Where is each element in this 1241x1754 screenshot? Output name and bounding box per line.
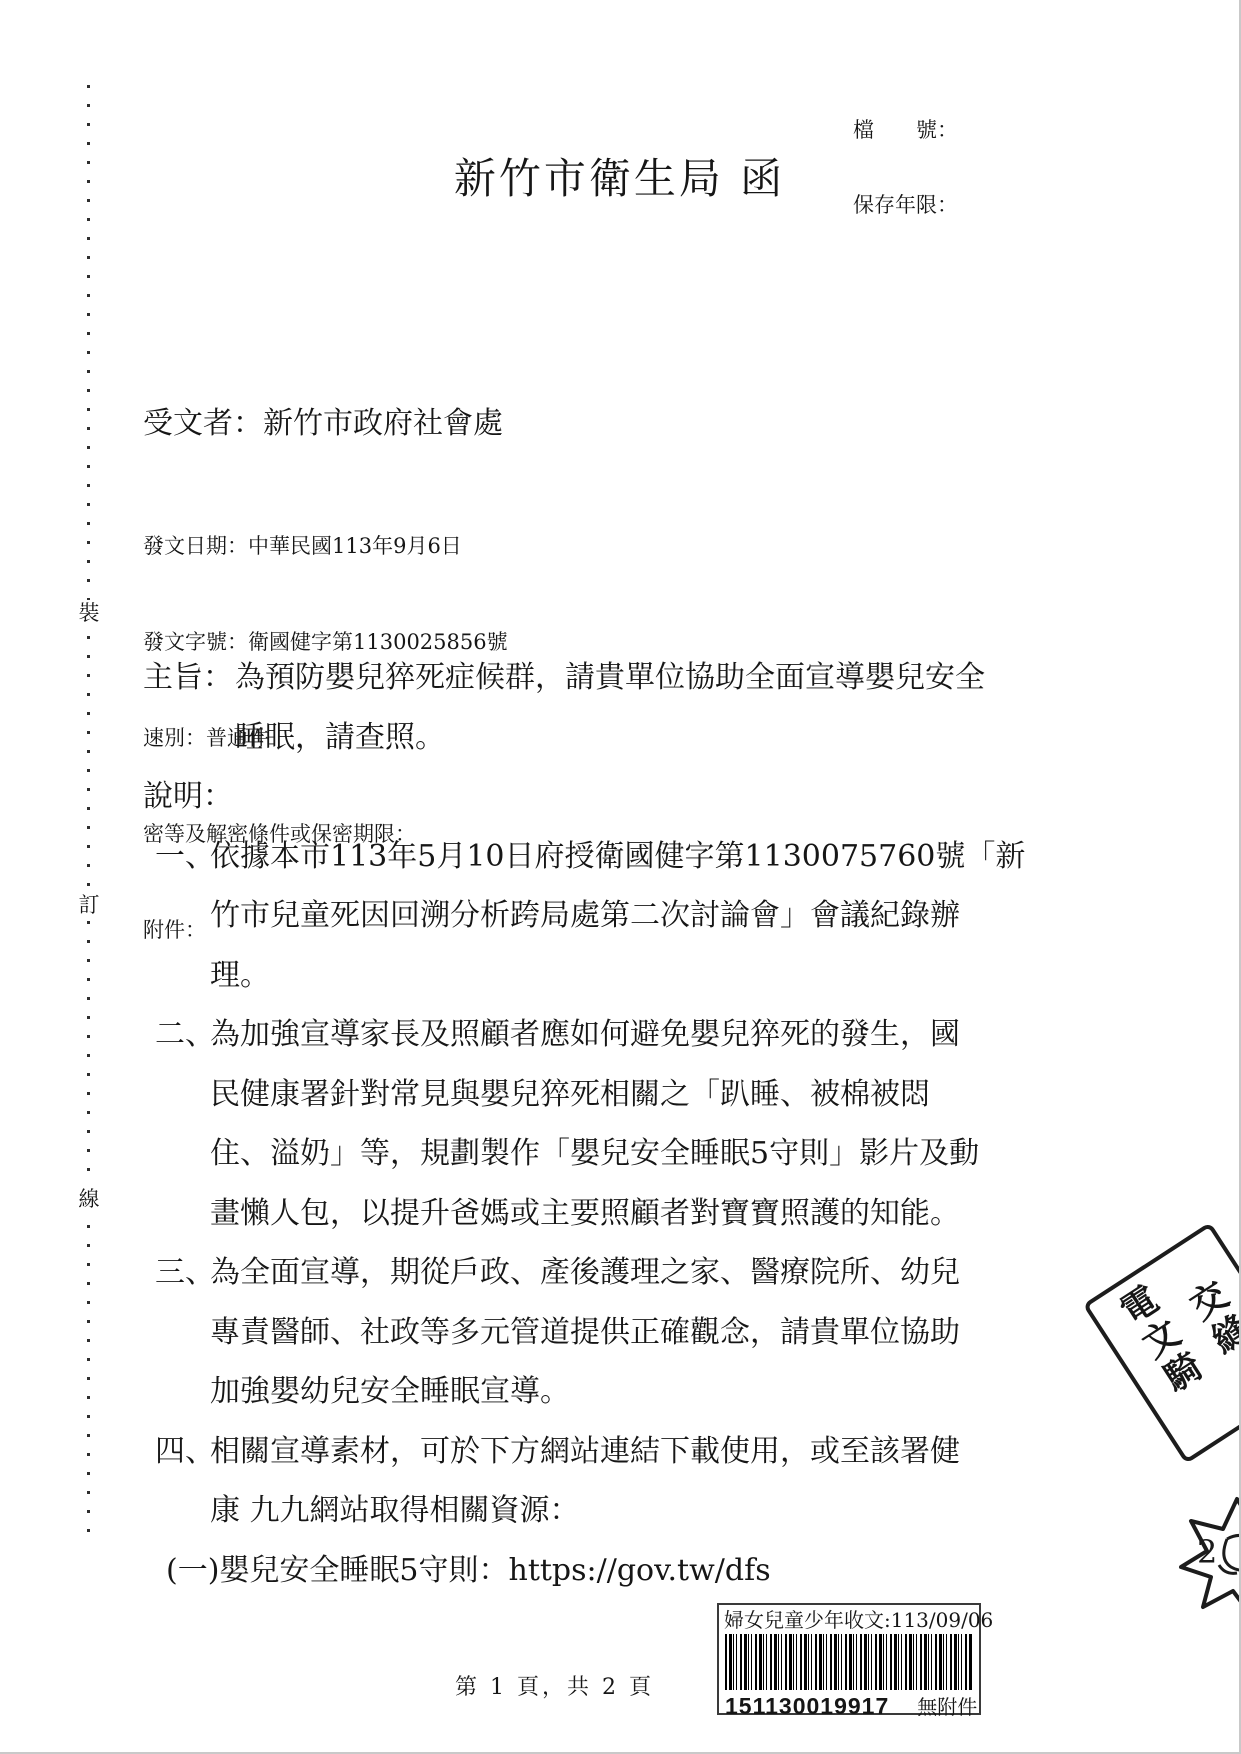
subject-line: 睡眠，請查照。 bbox=[235, 708, 1043, 768]
binding-char-zhuang: 裝 bbox=[76, 600, 102, 627]
text-line: 竹市兒童死因回溯分析跨局處第二次討論會」會議紀錄辦 bbox=[210, 886, 1043, 946]
text-line: 畫懶人包，以提升爸媽或主要照顧者對寶寶照護的知能。 bbox=[210, 1184, 1043, 1244]
official-letter-page: 裝 訂 線 檔 號： 保存年限： 新竹市衛生局 函 受文者：新竹市政府社會處 發… bbox=[0, 0, 1241, 1754]
issue-date-line: 發文日期：中華民國113年9月6日 bbox=[143, 530, 508, 562]
text-line: 民健康署針對常見與嬰兒猝死相關之「趴睡、被棉被悶 bbox=[210, 1065, 1043, 1125]
receipt-unit-date: 婦女兒童少年收文:113/09/06 bbox=[719, 1605, 979, 1633]
explanation-item-4: 四、 相關宣導素材，可於下方網站連結下載使用，或至該署健 康 九九網站取得相關資… bbox=[155, 1422, 1043, 1541]
flower-page-seal: 2 bbox=[1175, 1495, 1241, 1630]
letter-body: 主旨： 為預防嬰兒猝死症候群，請貴單位協助全面宣導嬰兒安全 睡眠，請查照。 說明… bbox=[143, 648, 1043, 1600]
text-line: 相關宣導素材，可於下方網站連結下載使用，或至該署健 bbox=[210, 1422, 1043, 1482]
text-line: 加強嬰幼兒安全睡眠宣導。 bbox=[210, 1362, 1043, 1422]
text-line: 依據本市113年5月10日府授衛國健字第1130075760號「新 bbox=[210, 827, 1043, 887]
binding-char-xian: 線 bbox=[76, 1186, 102, 1213]
subject-line: 為預防嬰兒猝死症候群，請貴單位協助全面宣導嬰兒安全 bbox=[235, 648, 1043, 708]
file-number-label: 檔 號： bbox=[853, 118, 958, 143]
text-line: 理。 bbox=[210, 946, 1043, 1006]
item-number: 四、 bbox=[155, 1422, 215, 1482]
text-line: 為加強宣導家長及照顧者應如何避免嬰兒猝死的發生，國 bbox=[210, 1005, 1043, 1065]
binding-dotted-line bbox=[87, 85, 90, 1547]
text-line: 專責醫師、社政等多元管道提供正確觀念，請貴單位協助 bbox=[210, 1303, 1043, 1363]
binding-char-ding: 訂 bbox=[76, 892, 102, 919]
barcode bbox=[725, 1634, 973, 1690]
receipt-stamp-box: 婦女兒童少年收文:113/09/06 151130019917 無附件 bbox=[717, 1603, 981, 1715]
item-number: 二、 bbox=[155, 1005, 215, 1065]
subject-label: 主旨： bbox=[143, 648, 233, 708]
explanation-label: 說明： bbox=[143, 767, 1043, 827]
text-line: 住、溢奶」等，規劃製作「嬰兒安全睡眠5守則」影片及動 bbox=[210, 1124, 1043, 1184]
item-number: 三、 bbox=[155, 1243, 215, 1303]
text-line: 為全面宣導，期從戶政、產後護理之家、醫療院所、幼兒 bbox=[210, 1243, 1043, 1303]
text-line: 康 九九網站取得相關資源： bbox=[210, 1481, 1043, 1541]
sub-item-url-line: (一)嬰兒安全睡眠5守則：https://gov.tw/dfs bbox=[166, 1541, 1043, 1601]
recipient-line: 受文者：新竹市政府社會處 bbox=[143, 398, 503, 442]
document-title: 新竹市衛生局 函 bbox=[0, 146, 1239, 206]
explanation-item-1: 一、 依據本市113年5月10日府授衛國健字第1130075760號「新 竹市兒… bbox=[155, 827, 1043, 1006]
electronic-exchange-seam-stamp: 電文騎 交縫 bbox=[1083, 1222, 1241, 1464]
no-attachment-note: 無附件 bbox=[917, 1691, 977, 1720]
explanation-item-2: 二、 為加強宣導家長及照顧者應如何避免嬰兒猝死的發生，國 民健康署針對常見與嬰兒… bbox=[155, 1005, 1043, 1243]
explanation-item-3: 三、 為全面宣導，期從戶政、產後護理之家、醫療院所、幼兒 專責醫師、社政等多元管… bbox=[155, 1243, 1043, 1422]
page-number-footer: 第 1 頁，共 2 頁 bbox=[455, 1670, 654, 1701]
barcode-caption-row: 151130019917 無附件 bbox=[719, 1690, 979, 1721]
barcode-number: 151130019917 bbox=[725, 1693, 889, 1720]
subject-section: 主旨： 為預防嬰兒猝死症候群，請貴單位協助全面宣導嬰兒安全 睡眠，請查照。 bbox=[143, 648, 1043, 767]
item-number: 一、 bbox=[155, 827, 215, 887]
seal-page-number: 2 bbox=[1197, 1533, 1217, 1571]
